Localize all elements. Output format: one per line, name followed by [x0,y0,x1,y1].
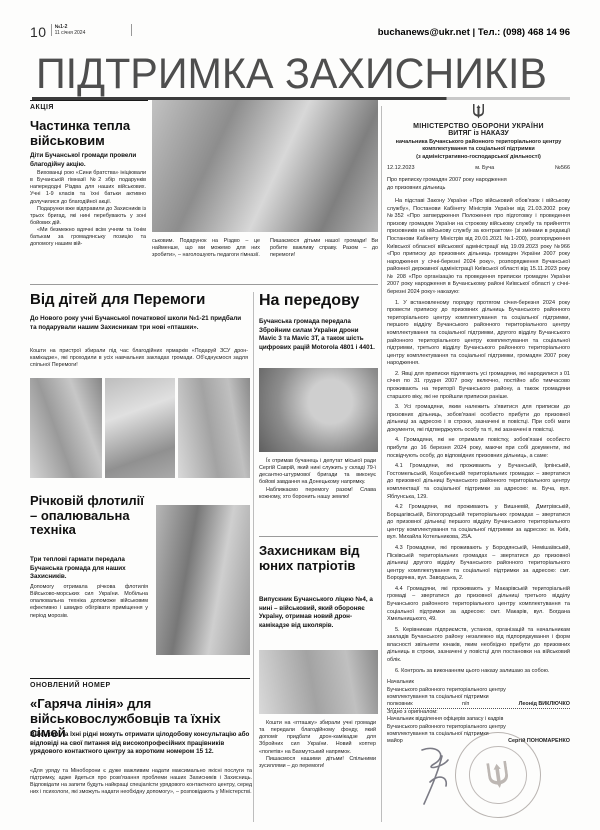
section-title: ПІДТРИМКА ЗАХИСНИКІВ [36,50,547,99]
paragraph: Кошти на «пташку» збирали учні громади т… [259,720,376,756]
kicker-akciya: АКЦІЯ [30,100,148,111]
doc-paragraph: 5. Керівникам підприємств, установ, орга… [387,627,570,665]
doc-ministry: МІНІСТЕРСТВО ОБОРОНИ УКРАЇНИ [387,123,570,130]
doc-paragraph: 4. Громадяни, які не отримали повістку, … [387,437,570,460]
doc-issuer-3: (з адміністративно-господарської діяльно… [387,154,570,161]
paragraph: Їх отримав бучанець і депутат міської ра… [259,458,376,487]
sign1-name: Леонід ВИКЛЮЧКО [519,701,570,707]
doc-subject-line-1: Про приписку громадян 2007 року народжен… [387,177,570,184]
paragraph: Наближаємо перемогу разом! Слава кожному… [259,487,376,501]
article-akciya-body: Вихованці рою «Сини братства» ініціювали… [30,170,146,248]
sign2-rank: майор [387,738,403,744]
photo-drone-2 [105,378,175,478]
stamp-trident-icon [486,760,510,790]
column-divider-right [381,106,382,822]
article-akciya-lead: Діти Бучанської громади провели благодій… [30,152,146,169]
section-rule [30,284,378,285]
signature-block-1: Начальник Бучанського районного територі… [387,679,570,744]
article-akciya-title: Частинка тепла військовим [30,119,148,148]
article-flotilia-lead: Три теплові гармати передала Бучанська г… [30,556,148,582]
photo-young-patriots [259,650,378,714]
paragraph: Подарунки вже відправили до Захисників і… [30,206,146,227]
issue-date: 11 січня 2024 [55,30,86,36]
sign2-position-2: Бучанського районного територіального це… [387,724,570,731]
photo-drone-1 [30,378,102,478]
doc-date: 12.12.2023 [387,165,415,171]
sign1-pp: п/п [462,701,469,707]
photo-drone-3 [178,378,250,478]
sign2-position-1: Начальник відділення офіцерів запасу і к… [387,716,570,723]
article-na-peredovu-title: На передову [259,292,378,310]
sign1-rank: полковник [387,701,413,707]
sign1-row: полковник п/п Леонід ВИКЛЮЧКО [387,701,570,709]
photo-children-gifts [152,100,378,232]
article-vid-ditey-body: Кошти на пристрої збирали під час благод… [30,348,248,369]
sign1-position-2: Бучанського районного територіального це… [387,687,570,694]
doc-paragraph: 6. Контроль за виконанням цього наказу з… [387,668,570,676]
folio: 10 №1-2 11 січня 2024 [30,24,132,40]
doc-number: №566 [555,165,570,171]
stamp-inner-ring [465,742,531,808]
column-divider-middle [253,292,254,822]
article-vid-ditey-lead: До Нового року учні Бучанської початково… [30,315,248,332]
article-flotilia-title: Річковій флотилії – опалювальна техніка [30,494,150,538]
doc-issuer-1: начальника Бучанського районного територ… [387,139,570,146]
article-hotline-lead: Військові та їхні рідні можуть отримати … [30,731,252,757]
photo-row-drones [30,378,250,478]
official-order: МІНІСТЕРСТВО ОБОРОНИ УКРАЇНИ ВИТЯГ із НА… [387,104,570,744]
article-akciya-continuation-2: Пишаємося дітьми нашої громади! Ви робит… [270,238,378,259]
photo-soldier-savriy [259,368,378,452]
doc-place: м. Буча [475,165,494,171]
article-flotilia-body: Допомогу отримала річкова флотилія Війсь… [30,584,148,620]
doc-paragraph: 2. Явці для приписки підлягають усі гром… [387,371,570,401]
article-na-peredovu-lead: Бучанська громада передала Збройним сила… [259,318,376,352]
sign1-position-3: комплектування та соціальної підтримки [387,694,570,701]
issue-block: №1-2 11 січня 2024 [51,24,86,36]
masthead-contact: buchanews@ukr.net | Тел.: (098) 468 14 9… [378,27,570,38]
contact-phone: Тел.: (098) 468 14 96 [478,27,570,38]
section-rule-middle [259,536,378,537]
article-akciya-continuation-1: ськовим. Подарунок на Різдво – це наймен… [152,238,260,259]
kicker-hotline: ОНОВЛЕНИЙ НОМЕР [30,678,250,689]
paragraph: Вихованці рою «Сини братства» ініціювали… [30,170,146,206]
article-zahysnykam-lead: Випускник Бучанського ліцею №4, а нині –… [259,596,376,630]
doc-paragraph: 4.1 Громадяни, які проживають у Бучанськ… [387,463,570,501]
sign1-position-1: Начальник [387,679,570,686]
article-hotline-body: «Для уряду та Міноборони є дуже важливим… [30,768,252,797]
doc-body: На підставі Закону України «Про військов… [387,198,570,675]
page-number: 10 [30,24,47,40]
doc-subject: Про приписку громадян 2007 року народжен… [387,177,570,192]
doc-paragraph: 1. У встановленому порядку протягом січн… [387,300,570,368]
paragraph: «Ми безмежно вдячні всім учням та їхнім … [30,227,146,248]
doc-type: ВИТЯГ із НАКАЗУ [387,130,570,137]
doc-paragraph: 4.4 Громадяни, які проживають у Макарівс… [387,586,570,624]
trident-icon [387,104,570,121]
doc-paragraph: 4.3 Громадяни, які проживають у Бородянс… [387,545,570,583]
article-zahysnykam-title: Захисникам від юних патріотів [259,544,378,573]
contact-email: buchanews@ukr.net [378,27,470,38]
doc-paragraph: 4.2 Громадяни, які проживають у Вишневій… [387,504,570,542]
folio-divider [131,24,132,36]
certified-label: Згідно з оригіналом: [387,709,570,716]
contact-separator: | [473,27,476,38]
article-zahysnykam-body: Кошти на «пташку» збирали учні громади т… [259,720,376,770]
article-na-peredovu-body: Їх отримав бучанець і депутат міської ра… [259,458,376,501]
paragraph: Пишаємося нашими дітьми! Спільними зусил… [259,756,376,770]
doc-paragraph: На підставі Закону України «Про військов… [387,198,570,297]
doc-issuer-2: комплектування та соціальної підтримки [387,146,570,153]
doc-subject-line-2: до призовних дільниць [387,185,570,192]
photo-heating-equipment [156,505,250,655]
doc-paragraph: 3. Усі громадяни, яким належить з'явитис… [387,404,570,434]
doc-meta-row: 12.12.2023 м. Буча №566 [387,165,570,171]
article-vid-ditey-title: Від дітей для Перемоги [30,292,250,309]
newspaper-page: 10 №1-2 11 січня 2024 buchanews@ukr.net … [0,0,600,830]
